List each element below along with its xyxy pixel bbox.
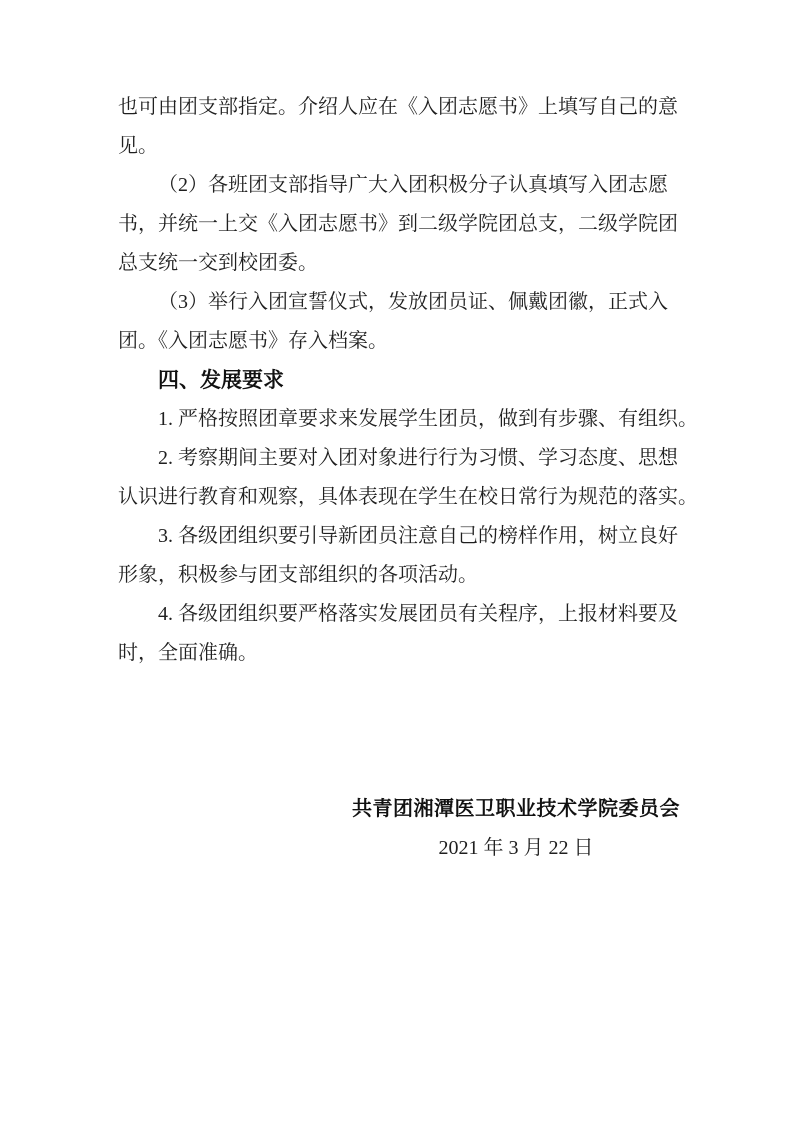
text-line: 团。《入团志愿书》存入档案。: [118, 322, 680, 361]
text-line: 形象，积极参与团支部组织的各项活动。: [118, 556, 680, 595]
text-line: 总支统一交到校团委。: [118, 244, 680, 283]
text-line: 也可由团支部指定。介绍人应在《入团志愿书》上填写自己的意: [118, 88, 680, 127]
paragraph-continuation: 也可由团支部指定。介绍人应在《入团志愿书》上填写自己的意 见。: [118, 88, 680, 166]
text-line: 3. 各级团组织要引导新团员注意自己的榜样作用，树立良好: [118, 517, 680, 556]
date-line: 2021 年 3 月 22 日: [352, 829, 680, 868]
text-line: 认识进行教育和观察，具体表现在学生在校日常行为规范的落实。: [118, 478, 680, 517]
paragraph-step-3: （3）举行入团宣誓仪式，发放团员证、佩戴团徽，正式入 团。《入团志愿书》存入档案…: [118, 283, 680, 361]
text-line: 2. 考察期间主要对入团对象进行行为习惯、学习态度、思想: [118, 439, 680, 478]
requirement-item-4: 4. 各级团组织要严格落实发展团员有关程序，上报材料要及 时，全面准确。: [118, 595, 680, 673]
document-page: 也可由团支部指定。介绍人应在《入团志愿书》上填写自己的意 见。 （2）各班团支部…: [0, 0, 793, 1122]
text-line: 1. 严格按照团章要求来发展学生团员，做到有步骤、有组织。: [118, 400, 680, 439]
paragraph-step-2: （2）各班团支部指导广大入团积极分子认真填写入团志愿 书，并统一上交《入团志愿书…: [118, 166, 680, 283]
blank-space: [118, 673, 680, 790]
requirement-item-2: 2. 考察期间主要对入团对象进行行为习惯、学习态度、思想 认识进行教育和观察，具…: [118, 439, 680, 517]
text-line: 书，并统一上交《入团志愿书》到二级学院团总支，二级学院团: [118, 205, 680, 244]
text-line: 时，全面准确。: [118, 634, 680, 673]
requirement-item-3: 3. 各级团组织要引导新团员注意自己的榜样作用，树立良好 形象，积极参与团支部组…: [118, 517, 680, 595]
section-heading-text: 四、发展要求: [118, 361, 680, 400]
text-line: 4. 各级团组织要严格落实发展团员有关程序，上报材料要及: [118, 595, 680, 634]
text-line: （2）各班团支部指导广大入团积极分子认真填写入团志愿: [118, 166, 680, 205]
section-heading-development-requirements: 四、发展要求: [118, 361, 680, 400]
requirement-item-1: 1. 严格按照团章要求来发展学生团员，做到有步骤、有组织。: [118, 400, 680, 439]
signature-block: 共青团湘潭医卫职业技术学院委员会 2021 年 3 月 22 日: [118, 790, 680, 868]
document-body: 也可由团支部指定。介绍人应在《入团志愿书》上填写自己的意 见。 （2）各班团支部…: [118, 88, 680, 868]
text-line: 见。: [118, 127, 680, 166]
text-line: （3）举行入团宣誓仪式，发放团员证、佩戴团徽，正式入: [118, 283, 680, 322]
signature-line: 共青团湘潭医卫职业技术学院委员会: [352, 790, 680, 829]
